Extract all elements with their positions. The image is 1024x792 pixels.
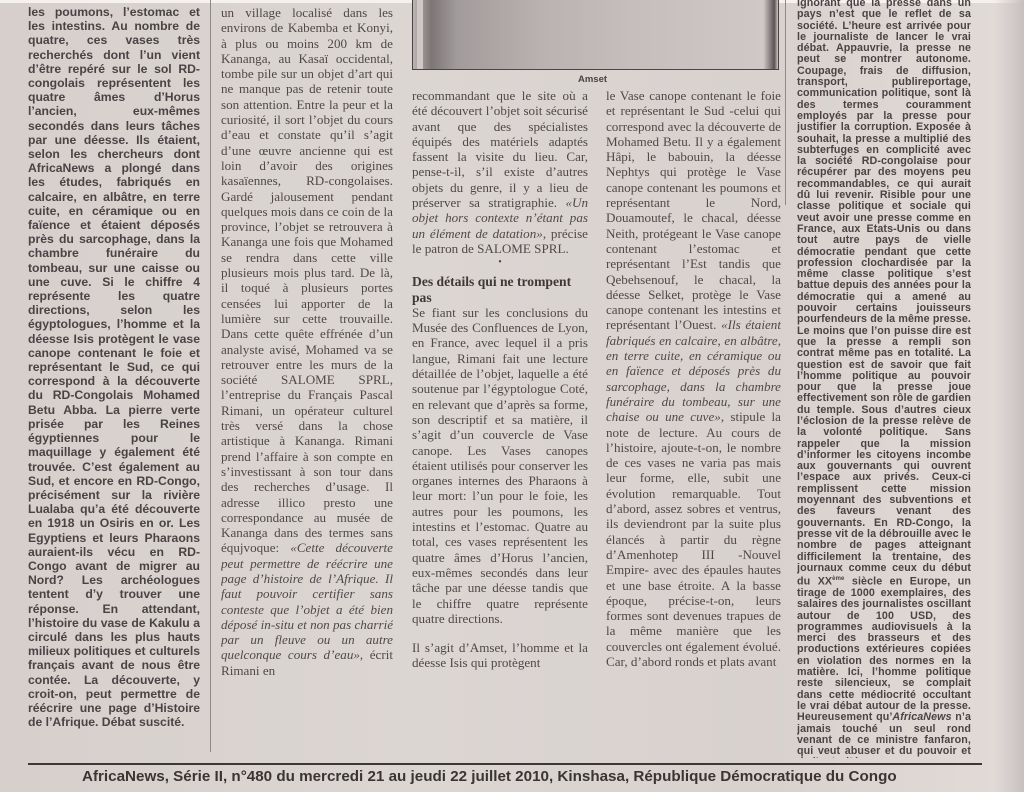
column-5: ignorant que la presse dans un pays n’es… bbox=[797, 0, 971, 758]
column-3-p1-text: recommandant que le site où a été découv… bbox=[412, 88, 588, 210]
lecture-note-quote: «Ils étaient fabriqués en calcaire, en a… bbox=[606, 317, 781, 424]
photo-edge bbox=[417, 0, 423, 69]
rimani-quote: «Cette découverte peut permettre de rééc… bbox=[221, 540, 393, 662]
column-4-after-quote: , stipule la note de lecture. Au cours d… bbox=[606, 409, 781, 669]
subheading: Des détails qui ne trompent pas bbox=[412, 274, 588, 305]
footer-rule bbox=[28, 763, 982, 765]
column-1-text: les poumons, l’estomac et les intestins.… bbox=[28, 5, 200, 729]
column-3: recommandant que le site où a été découv… bbox=[412, 88, 588, 750]
column-3-paragraph-3: Il s’agit d’Amset, l’homme et la déesse … bbox=[412, 640, 588, 671]
column-2-text: un village localisé dans les environs de… bbox=[221, 5, 393, 678]
column-1: les poumons, l’estomac et les intestins.… bbox=[28, 5, 200, 750]
newspaper-page: les poumons, l’estomac et les intestins.… bbox=[0, 0, 1024, 792]
column-4-body: le Vase canope contenant le foie et repr… bbox=[606, 88, 781, 332]
article-photo bbox=[412, 0, 779, 70]
column-4: le Vase canope contenant le foie et repr… bbox=[606, 88, 781, 750]
column-5-text: ignorant que la presse dans un pays n’es… bbox=[797, 0, 971, 758]
column-divider bbox=[785, 0, 786, 205]
section-bullet: • bbox=[412, 258, 588, 268]
column-2-body: un village localisé dans les environs de… bbox=[221, 5, 393, 555]
column-3-paragraph-1: recommandant que le site où a été découv… bbox=[412, 88, 588, 256]
column-2: un village localisé dans les environs de… bbox=[221, 5, 393, 750]
photo-caption: Amset bbox=[578, 74, 607, 85]
column-5-body: ignorant que la presse dans un pays n’es… bbox=[797, 0, 971, 588]
paragraph-gap bbox=[412, 626, 588, 640]
column-5-body-cont: siècle en Europe, un tirage de 1000 exem… bbox=[797, 576, 971, 724]
page-edge-shadow bbox=[994, 0, 1024, 792]
column-4-text: le Vase canope contenant le foie et repr… bbox=[606, 88, 781, 669]
superscript: ème bbox=[832, 576, 844, 582]
column-3-paragraph-2: Se fiant sur les conclusions du Musée de… bbox=[412, 305, 588, 626]
column-divider bbox=[210, 0, 211, 752]
publication-name: AfricaNews bbox=[892, 711, 951, 723]
newspaper-footer: AfricaNews, Série II, n°480 du mercredi … bbox=[82, 768, 982, 785]
